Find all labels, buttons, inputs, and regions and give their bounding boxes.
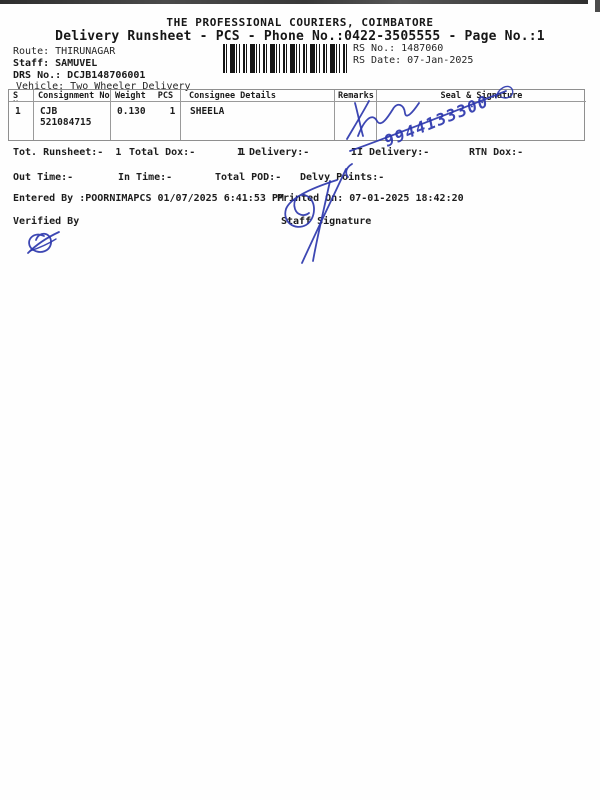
row-weight: 0.130	[117, 106, 146, 139]
rs-no-label: RS No.:	[353, 43, 395, 54]
staff-value: SAMUVEL	[55, 58, 97, 69]
drs-no-label: DRS No.:	[13, 70, 61, 81]
drs-no-field: DRS No.:DCJB148706001	[13, 70, 145, 81]
tot-runsheet-field: Tot. Runsheet:- 1	[13, 147, 121, 158]
verified-by-signature-ink	[28, 232, 59, 253]
route-label: Route:	[13, 46, 49, 57]
page-title: THE PROFESSIONAL COURIERS, COIMBATORE	[0, 16, 600, 29]
delvy-points-label: Delvy Points:-	[300, 172, 384, 183]
rtn-dox-label: RTN Dox:-	[469, 147, 523, 158]
col-header-remarks: Remarks	[335, 90, 377, 102]
consignment-table: S No Consignment No Weight PCS Consignee…	[8, 89, 585, 141]
route-value: THIRUNAGAR	[55, 46, 115, 57]
scan-artifact-corner-mark	[595, 0, 600, 12]
ii-delivery-field: II Delivery:-	[351, 147, 429, 158]
route-field: Route:THIRUNAGAR	[13, 46, 115, 57]
drs-no-value: DCJB148706001	[67, 70, 145, 81]
total-dox-field: Total Dox:- 1	[129, 147, 245, 158]
delivery-runsheet-document: THE PROFESSIONAL COURIERS, COIMBATORE De…	[0, 0, 600, 800]
rtn-dox-field: RTN Dox:-	[469, 147, 523, 158]
col-header-weight-pcs: Weight PCS	[111, 90, 181, 102]
in-time-label: In Time:-	[118, 172, 172, 183]
page-subtitle: Delivery Runsheet - PCS - Phone No.:0422…	[0, 29, 600, 44]
rs-no-field: RS No.:1487060	[353, 43, 443, 54]
total-dox-label: Total Dox:-	[129, 147, 195, 158]
total-pod-label: Total POD:-	[215, 172, 281, 183]
printed-on-text: Printed On: 07-01-2025 18:42:20	[277, 193, 464, 204]
row-pcs: 1	[170, 106, 176, 139]
in-time-field: In Time:-	[118, 172, 172, 183]
col-header-consignee: Consignee Details	[181, 90, 335, 102]
rs-date-value: 07-Jan-2025	[407, 55, 473, 66]
entered-by-text: Entered By :POORNIMAPCS 01/07/2025 6:41:…	[13, 193, 284, 204]
col-header-weight: Weight	[115, 92, 146, 100]
total-pod-field: Total POD:-	[215, 172, 281, 183]
i-delivery-field: I Delivery:-	[237, 147, 309, 158]
row-remarks	[335, 102, 377, 140]
barcode	[223, 44, 347, 73]
rs-date-label: RS Date:	[353, 55, 401, 66]
tot-runsheet-value: 1	[115, 147, 121, 158]
staff-field: Staff:SAMUVEL	[13, 58, 97, 69]
col-header-pcs: PCS	[158, 92, 173, 100]
row-consignee: SHEELA	[181, 102, 335, 140]
row-s-no: 1	[9, 102, 34, 140]
ii-delivery-label: II Delivery:-	[351, 147, 429, 158]
col-header-s-no: S No	[9, 90, 34, 102]
col-header-consignment-no: Consignment No	[34, 90, 111, 102]
rs-date-field: RS Date:07-Jan-2025	[353, 55, 473, 66]
row-seal-signature	[377, 102, 586, 140]
scan-artifact-top-bar	[0, 0, 588, 4]
staff-signature-label: Staff Signature	[281, 216, 371, 227]
staff-label: Staff:	[13, 58, 49, 69]
out-time-label: Out Time:-	[13, 172, 73, 183]
tot-runsheet-label: Tot. Runsheet:-	[13, 147, 103, 158]
row-consignment-no: CJB 521084715	[34, 102, 111, 140]
rs-no-value: 1487060	[401, 43, 443, 54]
out-time-field: Out Time:-	[13, 172, 73, 183]
verified-by-label: Verified By	[13, 216, 79, 227]
col-header-seal-signature: Seal & Signature	[377, 90, 586, 102]
delvy-points-field: Delvy Points:-	[300, 172, 384, 183]
row-weight-pcs: 0.130 1	[111, 102, 181, 140]
i-delivery-label: I Delivery:-	[237, 147, 309, 158]
